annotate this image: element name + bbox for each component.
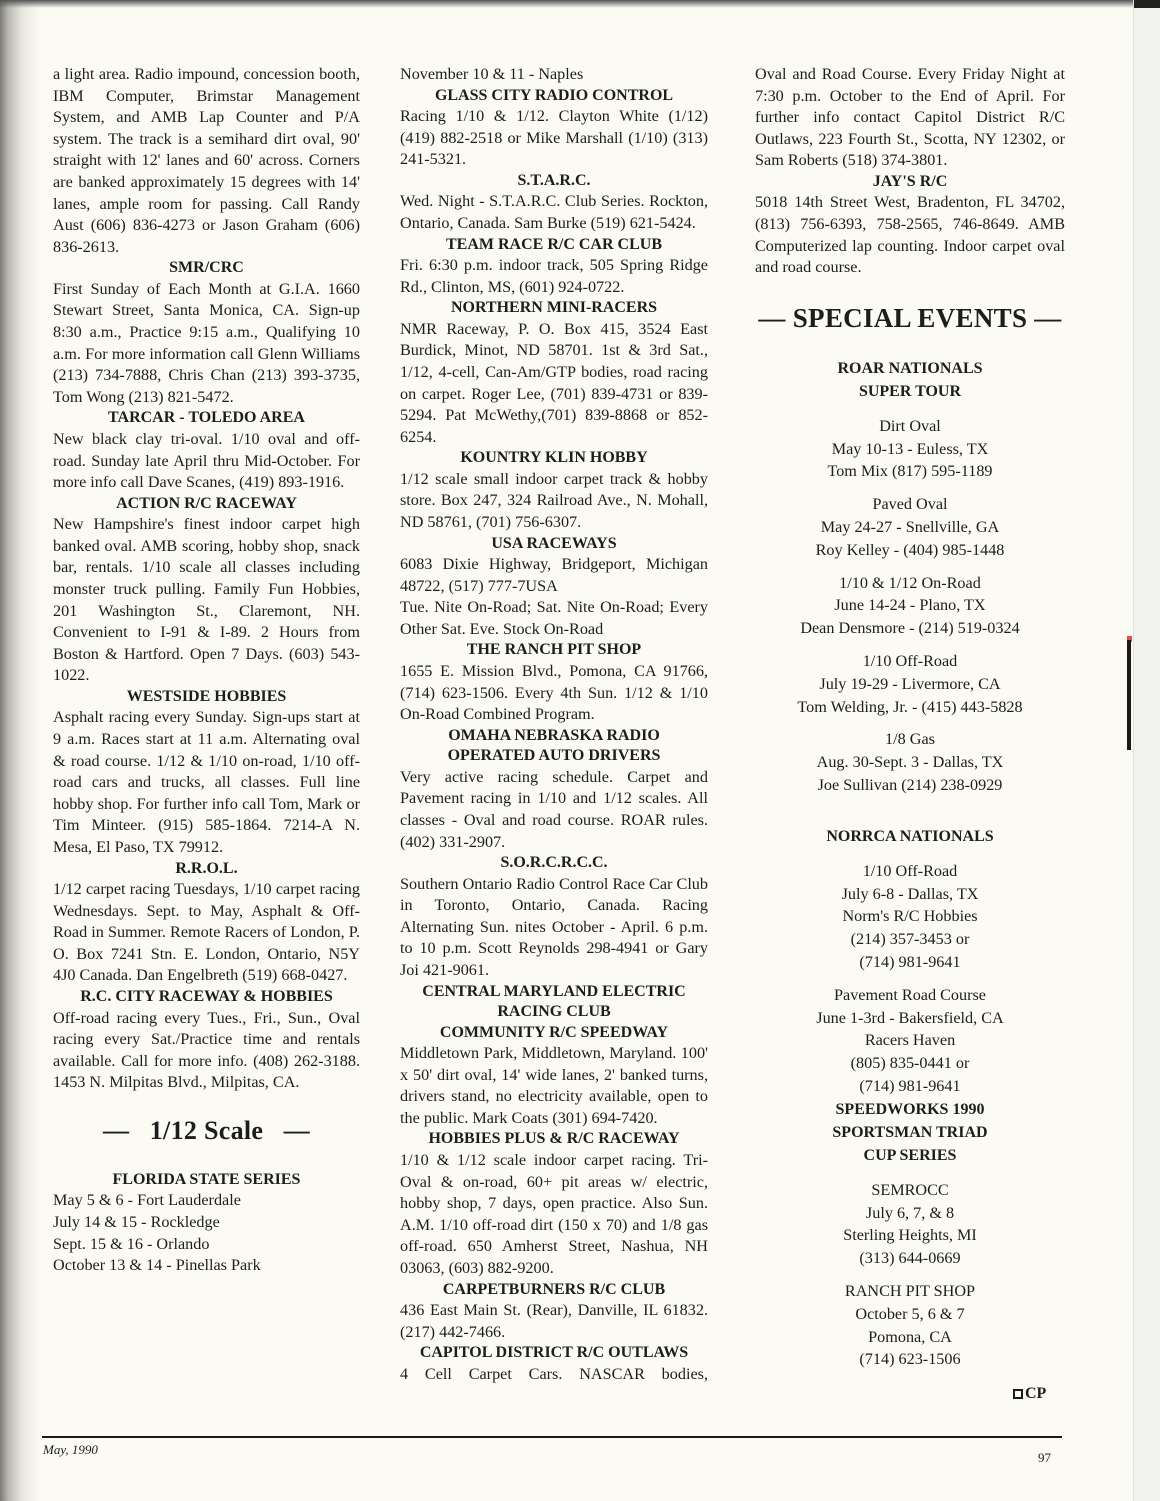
- listing-jays-rc: JAY'S R/C 5018 14th Street West, Bradent…: [755, 172, 1065, 279]
- listing-body: 4 Cell Carpet Cars. NASCAR bodies,: [400, 1364, 708, 1386]
- continued-paragraph: Oval and Road Course. Every Friday Night…: [755, 64, 1065, 172]
- listing-body: Middletown Park, Middletown, Maryland. 1…: [400, 1043, 708, 1129]
- event-roar-nationals: ROAR NATIONALS SUPER TOUR Dirt Oval May …: [755, 357, 1065, 797]
- event-date: October 5, 6 & 7: [755, 1303, 1065, 1326]
- listing-body: 1655 E. Mission Blvd., Pomona, CA 91766,…: [400, 661, 708, 726]
- event-date: July 6, 7, & 8: [755, 1202, 1065, 1225]
- listing-smr-crc: SMR/CRC First Sunday of Each Month at G.…: [53, 258, 360, 408]
- listing-central-maryland: CENTRAL MARYLAND ELECTRIC RACING CLUB CO…: [400, 982, 708, 1130]
- event-date-location: Aug. 30-Sept. 3 - Dallas, TX: [755, 751, 1065, 774]
- event-date-location: June 14-24 - Plano, TX: [755, 594, 1065, 617]
- listing-kountry-klin: KOUNTRY KLIN HOBBY 1/12 scale small indo…: [400, 448, 708, 533]
- listing-body: Very active racing schedule. Carpet and …: [400, 767, 708, 853]
- listing-title: CARPETBURNERS R/C CLUB: [400, 1280, 708, 1301]
- listing-body: First Sunday of Each Month at G.I.A. 166…: [53, 279, 360, 409]
- event-phone: (214) 357-3453 or: [755, 928, 1065, 951]
- event-block-semrocc: SEMROCC July 6, 7, & 8 Sterling Heights,…: [755, 1179, 1065, 1270]
- florida-state-series: FLORIDA STATE SERIES May 5 & 6 - Fort La…: [53, 1170, 360, 1277]
- event-title: NORRCA NATIONALS: [755, 825, 1065, 848]
- listing-action-rc-raceway: ACTION R/C RACEWAY New Hampshire's fines…: [53, 494, 360, 687]
- series-title: FLORIDA STATE SERIES: [53, 1170, 360, 1191]
- listing-body: Southern Ontario Radio Control Race Car …: [400, 874, 708, 982]
- event-phone: (714) 981-9641: [755, 951, 1065, 974]
- event-block-off-road: 1/10 Off-Road July 19-29 - Livermore, CA…: [755, 650, 1065, 718]
- event-location: Sterling Heights, MI: [755, 1224, 1065, 1247]
- listing-title: S.O.R.C.R.C.C.: [400, 853, 708, 874]
- event-block-pavement-road-course: Pavement Road Course June 1-3rd - Bakers…: [755, 984, 1065, 1098]
- event-block-paved-oval: Paved Oval May 24-27 - Snellville, GA Ro…: [755, 493, 1065, 561]
- listing-body: 5018 14th Street West, Bradenton, FL 347…: [755, 192, 1065, 278]
- event-host: SEMROCC: [755, 1179, 1065, 1202]
- listing-body: Wed. Night - S.T.A.R.C. Club Series. Roc…: [400, 191, 708, 234]
- listing-body: Fri. 6:30 p.m. indoor track, 505 Spring …: [400, 255, 708, 298]
- listing-body-2: Tue. Nite On-Road; Sat. Nite On-Road; Ev…: [400, 597, 708, 640]
- event-contact: Tom Welding, Jr. - (415) 443-5828: [755, 696, 1065, 719]
- listing-omaha-nebraska: OMAHA NEBRASKA RADIO OPERATED AUTO DRIVE…: [400, 726, 708, 853]
- listing-team-race: TEAM RACE R/C CAR CLUB Fri. 6:30 p.m. in…: [400, 235, 708, 299]
- section-title-1-12-scale: — 1/12 Scale —: [53, 1116, 360, 1146]
- listing-title: CAPITOL DISTRICT R/C OUTLAWS: [400, 1343, 708, 1364]
- event-date-location: June 1-3rd - Bakersfield, CA: [755, 1007, 1065, 1030]
- listing-glass-city: GLASS CITY RADIO CONTROL Racing 1/10 & 1…: [400, 86, 708, 171]
- event-phone: (313) 644-0669: [755, 1247, 1065, 1270]
- listing-title: S.T.A.R.C.: [400, 171, 708, 192]
- event-date-location: May 10-13 - Euless, TX: [755, 438, 1065, 461]
- right-top-tab: [1134, 0, 1160, 8]
- event-host: Racers Haven: [755, 1029, 1065, 1052]
- listing-subtitle: COMMUNITY R/C SPEEDWAY: [400, 1023, 708, 1044]
- listing-title: JAY'S R/C: [755, 172, 1065, 193]
- listing-title: CENTRAL MARYLAND ELECTRIC RACING CLUB: [400, 982, 708, 1023]
- event-date-location: May 24-27 - Snellville, GA: [755, 516, 1065, 539]
- listing-body: Asphalt racing every Sunday. Sign-ups st…: [53, 707, 360, 858]
- listing-body: 1/12 carpet racing Tuesdays, 1/10 carpet…: [53, 879, 360, 987]
- event-contact: Tom Mix (817) 595-1189: [755, 460, 1065, 483]
- footer-date: May, 1990: [43, 1442, 98, 1458]
- column-3: Oval and Road Course. Every Friday Night…: [755, 64, 1065, 1381]
- listing-title: SMR/CRC: [53, 258, 360, 279]
- listing-title: ACTION R/C RACEWAY: [53, 494, 360, 515]
- listing-northern-mini-racers: NORTHERN MINI-RACERS NMR Raceway, P. O. …: [400, 298, 708, 448]
- event-date-location: July 6-8 - Dallas, TX: [755, 883, 1065, 906]
- column-1: a light area. Radio impound, concession …: [53, 64, 360, 1277]
- event-block-dirt-oval: Dirt Oval May 10-13 - Euless, TX Tom Mix…: [755, 415, 1065, 483]
- event-title: SUPER TOUR: [755, 380, 1065, 403]
- column-2: November 10 & 11 - Naples GLASS CITY RAD…: [400, 64, 708, 1385]
- event-contact: Roy Kelley - (404) 985-1448: [755, 539, 1065, 562]
- listing-body: 436 East Main St. (Rear), Danville, IL 6…: [400, 1300, 708, 1343]
- event-speedworks-1990: SPEEDWORKS 1990 SPORTSMAN TRIAD CUP SERI…: [755, 1098, 1065, 1371]
- page-number: 97: [1038, 1450, 1051, 1466]
- end-square-icon: [1013, 1389, 1023, 1399]
- listing-sorcrcc: S.O.R.C.R.C.C. Southern Ontario Radio Co…: [400, 853, 708, 981]
- event-norrca-nationals: NORRCA NATIONALS 1/10 Off-Road July 6-8 …: [755, 825, 1065, 1098]
- event-phone: (714) 623-1506: [755, 1348, 1065, 1371]
- listing-title: USA RACEWAYS: [400, 534, 708, 555]
- listing-title: R.C. CITY RACEWAY & HOBBIES: [53, 987, 360, 1008]
- event-title: SPEEDWORKS 1990: [755, 1098, 1065, 1121]
- listing-title: WESTSIDE HOBBIES: [53, 687, 360, 708]
- footer-rule: [42, 1436, 1062, 1438]
- section-title-special-events: — SPECIAL EVENTS —: [755, 303, 1065, 333]
- listing-rc-city-raceway: R.C. CITY RACEWAY & HOBBIES Off-road rac…: [53, 987, 360, 1094]
- top-edge-shadow: [0, 0, 1160, 8]
- listing-title: GLASS CITY RADIO CONTROL: [400, 86, 708, 107]
- event-class: Dirt Oval: [755, 415, 1065, 438]
- listing-capitol-district: CAPITOL DISTRICT R/C OUTLAWS 4 Cell Carp…: [400, 1343, 708, 1385]
- listing-body: 1/12 scale small indoor carpet track & h…: [400, 469, 708, 534]
- listing-title: NORTHERN MINI-RACERS: [400, 298, 708, 319]
- event-block-ranch-pit-shop: RANCH PIT SHOP October 5, 6 & 7 Pomona, …: [755, 1280, 1065, 1371]
- listing-title: TEAM RACE R/C CAR CLUB: [400, 235, 708, 256]
- listing-tarcar: TARCAR - TOLEDO AREA New black clay tri-…: [53, 408, 360, 493]
- series-date: July 14 & 15 - Rockledge: [53, 1212, 360, 1234]
- binding-gutter-shadow: [0, 0, 40, 1501]
- event-class: 1/8 Gas: [755, 728, 1065, 751]
- event-block-off-road: 1/10 Off-Road July 6-8 - Dallas, TX Norm…: [755, 860, 1065, 974]
- event-class: 1/10 Off-Road: [755, 650, 1065, 673]
- listing-title: THE RANCH PIT SHOP: [400, 640, 708, 661]
- listing-title: OMAHA NEBRASKA RADIO OPERATED AUTO DRIVE…: [400, 726, 708, 767]
- series-date: May 5 & 6 - Fort Lauderdale: [53, 1190, 360, 1212]
- event-block-gas: 1/8 Gas Aug. 30-Sept. 3 - Dallas, TX Joe…: [755, 728, 1065, 796]
- event-block-on-road: 1/10 & 1/12 On-Road June 14-24 - Plano, …: [755, 572, 1065, 640]
- listing-body: Racing 1/10 & 1/12. Clayton White (1/12)…: [400, 106, 708, 171]
- event-class: Paved Oval: [755, 493, 1065, 516]
- event-class: 1/10 & 1/12 On-Road: [755, 572, 1065, 595]
- listing-starc: S.T.A.R.C. Wed. Night - S.T.A.R.C. Club …: [400, 171, 708, 235]
- event-host: RANCH PIT SHOP: [755, 1280, 1065, 1303]
- event-contact: Joe Sullivan (214) 238-0929: [755, 774, 1065, 797]
- listing-ranch-pit-shop: THE RANCH PIT SHOP 1655 E. Mission Blvd.…: [400, 640, 708, 725]
- event-location: Pomona, CA: [755, 1326, 1065, 1349]
- end-mark-text: CP: [1025, 1385, 1046, 1403]
- edge-mark: [1127, 640, 1131, 750]
- end-mark: CP: [1013, 1385, 1046, 1403]
- listing-carpetburners: CARPETBURNERS R/C CLUB 436 East Main St.…: [400, 1280, 708, 1344]
- event-title: CUP SERIES: [755, 1144, 1065, 1167]
- listing-body: New Hampshire's finest indoor carpet hig…: [53, 514, 360, 687]
- continued-series-date: November 10 & 11 - Naples: [400, 64, 708, 86]
- event-class: 1/10 Off-Road: [755, 860, 1065, 883]
- listing-westside-hobbies: WESTSIDE HOBBIES Asphalt racing every Su…: [53, 687, 360, 859]
- listing-body: NMR Raceway, P. O. Box 415, 3524 East Bu…: [400, 319, 708, 449]
- series-date: Sept. 15 & 16 - Orlando: [53, 1234, 360, 1256]
- listing-body: Off-road racing every Tues., Fri., Sun.,…: [53, 1008, 360, 1094]
- listing-usa-raceways: USA RACEWAYS 6083 Dixie Highway, Bridgep…: [400, 534, 708, 641]
- listing-body: 1/10 & 1/12 scale indoor carpet racing. …: [400, 1150, 708, 1280]
- listing-title: KOUNTRY KLIN HOBBY: [400, 448, 708, 469]
- right-page-edge: [1133, 0, 1160, 1501]
- listing-title: TARCAR - TOLEDO AREA: [53, 408, 360, 429]
- event-host: Norm's R/C Hobbies: [755, 905, 1065, 928]
- listing-rrol: R.R.O.L. 1/12 carpet racing Tuesdays, 1/…: [53, 859, 360, 987]
- series-date: October 13 & 14 - Pinellas Park: [53, 1255, 360, 1277]
- event-title: SPORTSMAN TRIAD: [755, 1121, 1065, 1144]
- event-class: Pavement Road Course: [755, 984, 1065, 1007]
- listing-title: HOBBIES PLUS & R/C RACEWAY: [400, 1129, 708, 1150]
- event-phone: (714) 981-9641: [755, 1075, 1065, 1098]
- listing-title: R.R.O.L.: [53, 859, 360, 880]
- event-phone: (805) 835-0441 or: [755, 1052, 1065, 1075]
- continued-paragraph: a light area. Radio impound, concession …: [53, 64, 360, 258]
- listing-hobbies-plus: HOBBIES PLUS & R/C RACEWAY 1/10 & 1/12 s…: [400, 1129, 708, 1279]
- event-contact: Dean Densmore - (214) 519-0324: [755, 617, 1065, 640]
- event-date-location: July 19-29 - Livermore, CA: [755, 673, 1065, 696]
- listing-body: New black clay tri-oval. 1/10 oval and o…: [53, 429, 360, 494]
- listing-body: 6083 Dixie Highway, Bridgeport, Michigan…: [400, 554, 708, 597]
- event-title: ROAR NATIONALS: [755, 357, 1065, 380]
